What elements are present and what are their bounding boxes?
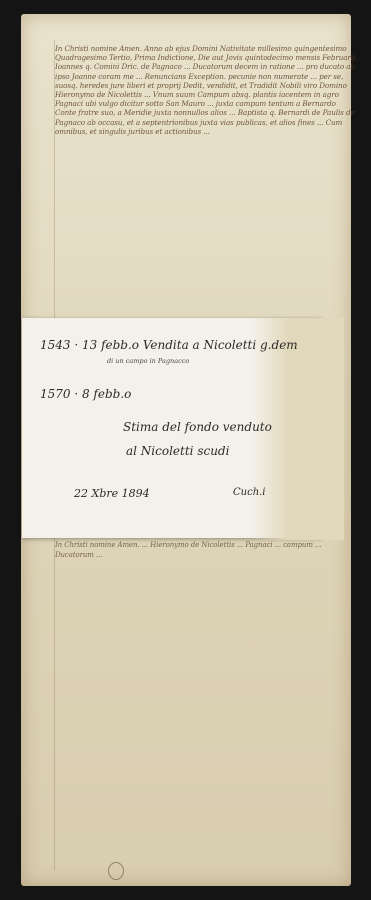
manuscript-bottom-text: In Christi nomine Amen. ... Hieronymo de…: [55, 540, 359, 870]
note-line-nicoletti: al Nicoletti scudi: [126, 444, 229, 458]
note-line-1570: 1570 · 8 febb.o: [40, 387, 131, 401]
note-line-stima: Stima del fondo venduto: [123, 420, 272, 434]
manuscript-top-text: In Christi nomine Amen. Anno ab ejus Dom…: [55, 44, 359, 304]
notary-seal-icon: [108, 862, 124, 880]
note-date: 22 Xbre 1894: [74, 487, 150, 500]
note-signature: Cuch.i: [233, 487, 266, 498]
note-line-1543: 1543 · 13 febb.o Vendita a Nicoletti g.d…: [40, 338, 298, 352]
note-line-campo: di un campo in Pagnacco: [107, 357, 189, 365]
